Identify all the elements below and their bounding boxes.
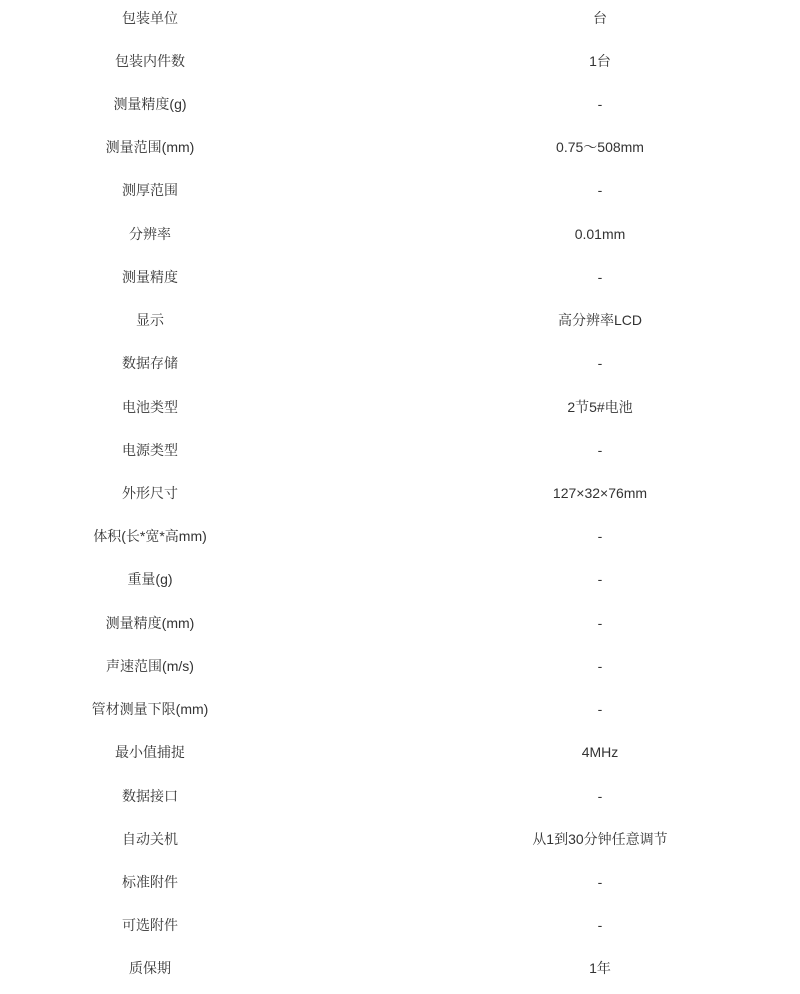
spec-row-standard-accessories: 标准附件 - [0, 860, 800, 903]
spec-row-power-type: 电源类型 - [0, 428, 800, 471]
spec-value: 1年 [300, 961, 800, 975]
spec-label: 包装内件数 [0, 54, 300, 68]
spec-value: - [300, 356, 800, 370]
spec-label: 重量(g) [0, 572, 300, 586]
spec-value: - [300, 789, 800, 803]
spec-value: - [300, 97, 800, 111]
spec-label: 测量精度 [0, 270, 300, 284]
spec-row-pipe-measuring-lower-limit: 管材测量下限(mm) - [0, 688, 800, 731]
spec-value: 0.75～508mm [300, 140, 800, 154]
spec-value: 台 [300, 11, 800, 25]
spec-value: - [300, 183, 800, 197]
product-spec-page: 包装单位 台 包装内件数 1台 测量精度(g) - 测量范围(mm) 0.75～… [0, 0, 800, 994]
spec-value: 高分辨率LCD [300, 313, 800, 327]
spec-value: 127×32×76mm [300, 486, 800, 500]
spec-value: - [300, 659, 800, 673]
product-spec-table: 包装单位 台 包装内件数 1台 测量精度(g) - 测量范围(mm) 0.75～… [0, 0, 800, 990]
spec-row-warranty-period: 质保期 1年 [0, 947, 800, 990]
spec-label: 测量精度(g) [0, 97, 300, 111]
spec-row-measuring-range-mm: 测量范围(mm) 0.75～508mm [0, 126, 800, 169]
spec-label: 可选附件 [0, 918, 300, 932]
spec-label: 体积(长*宽*高mm) [0, 529, 300, 543]
spec-value: 4MHz [300, 745, 800, 759]
spec-value: - [300, 443, 800, 457]
spec-row-measuring-accuracy: 测量精度 - [0, 255, 800, 298]
spec-label: 显示 [0, 313, 300, 327]
spec-label: 自动关机 [0, 832, 300, 846]
spec-label: 数据存储 [0, 356, 300, 370]
spec-label: 分辨率 [0, 227, 300, 241]
spec-row-thickness-range: 测厚范围 - [0, 169, 800, 212]
spec-value: 1台 [300, 54, 800, 68]
spec-value: - [300, 702, 800, 716]
spec-label: 管材测量下限(mm) [0, 702, 300, 716]
spec-row-packaging-unit: 包装单位 台 [0, 0, 800, 39]
spec-row-minimum-capture: 最小值捕捉 4MHz [0, 731, 800, 774]
spec-row-volume: 体积(长*宽*高mm) - [0, 515, 800, 558]
spec-value: 0.01mm [300, 227, 800, 241]
spec-label: 外形尺寸 [0, 486, 300, 500]
spec-label: 电池类型 [0, 400, 300, 414]
spec-row-auto-shutdown: 自动关机 从1到30分钟任意调节 [0, 817, 800, 860]
spec-label: 测量范围(mm) [0, 140, 300, 154]
spec-value: - [300, 529, 800, 543]
spec-label: 测量精度(mm) [0, 616, 300, 630]
spec-value: - [300, 572, 800, 586]
spec-row-data-interface: 数据接口 - [0, 774, 800, 817]
spec-row-optional-accessories: 可选附件 - [0, 904, 800, 947]
spec-label: 最小值捕捉 [0, 745, 300, 759]
spec-row-accuracy-mm: 测量精度(mm) - [0, 601, 800, 644]
spec-row-sound-velocity-range: 声速范围(m/s) - [0, 644, 800, 687]
spec-label: 包装单位 [0, 11, 300, 25]
spec-label: 质保期 [0, 961, 300, 975]
spec-value: - [300, 270, 800, 284]
spec-value: - [300, 616, 800, 630]
spec-value: - [300, 918, 800, 932]
spec-label: 标准附件 [0, 875, 300, 889]
spec-row-display: 显示 高分辨率LCD [0, 299, 800, 342]
spec-value: 从1到30分钟任意调节 [300, 832, 800, 846]
spec-row-dimensions: 外形尺寸 127×32×76mm [0, 471, 800, 514]
spec-row-resolution: 分辨率 0.01mm [0, 212, 800, 255]
spec-row-weight-g: 重量(g) - [0, 558, 800, 601]
spec-label: 测厚范围 [0, 183, 300, 197]
spec-row-data-storage: 数据存储 - [0, 342, 800, 385]
spec-value: 2节5#电池 [300, 400, 800, 414]
spec-row-accuracy-g: 测量精度(g) - [0, 82, 800, 125]
spec-value: - [300, 875, 800, 889]
spec-label: 声速范围(m/s) [0, 659, 300, 673]
spec-row-battery-type: 电池类型 2节5#电池 [0, 385, 800, 428]
spec-row-items-per-package: 包装内件数 1台 [0, 39, 800, 82]
spec-label: 电源类型 [0, 443, 300, 457]
spec-label: 数据接口 [0, 789, 300, 803]
